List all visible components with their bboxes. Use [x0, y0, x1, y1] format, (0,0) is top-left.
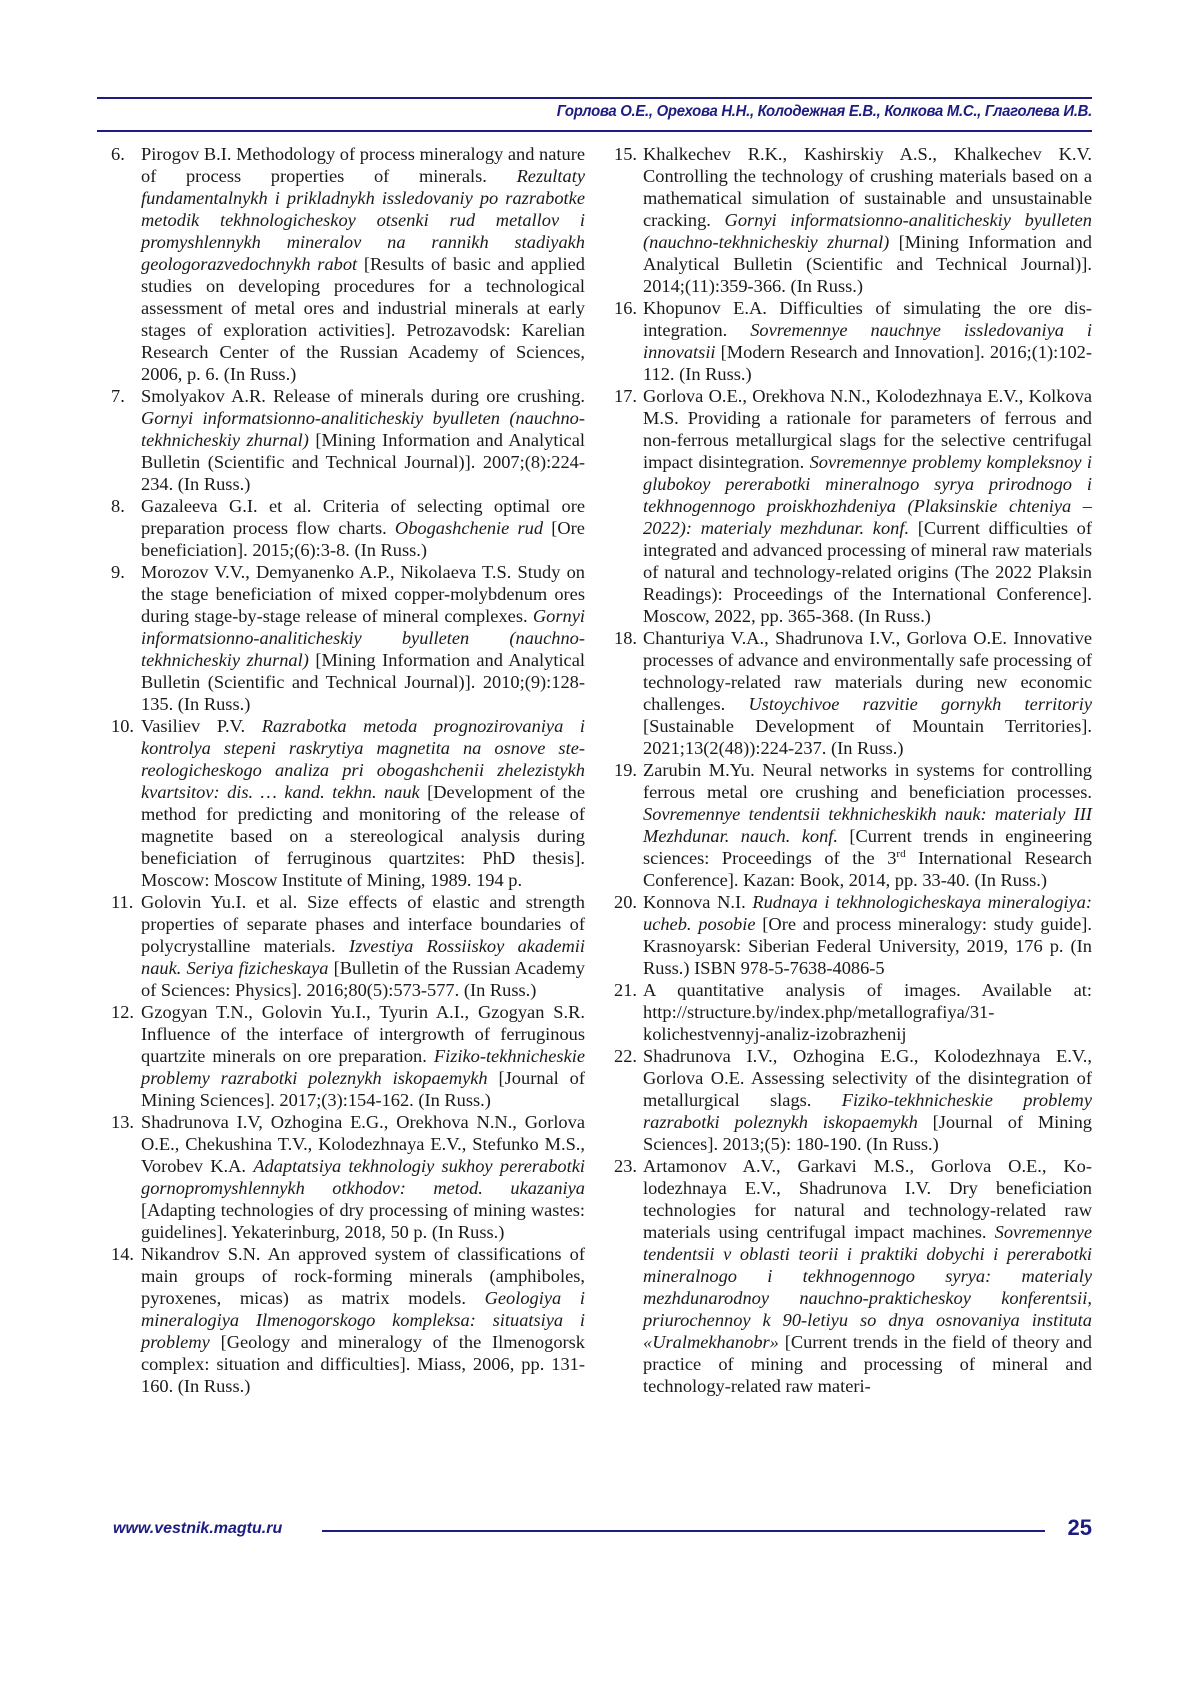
reference-segment: [Sustainable Development of Moun­tain Te…: [643, 716, 1092, 758]
reference-number: 18.: [614, 627, 643, 759]
reference-item: 18.Chanturiya V.A., Shadrunova I.V., Gor…: [614, 627, 1092, 759]
superscript: rd: [896, 848, 905, 860]
reference-number: 14.: [111, 1243, 141, 1397]
reference-number: 23.: [614, 1155, 643, 1397]
reference-text: Chanturiya V.A., Shadrunova I.V., Gorlov…: [643, 627, 1092, 759]
reference-text: Pirogov B.I. Methodology of process mine…: [141, 143, 585, 385]
reference-source-title: Ustoychivoe razvitie gornykh territoriy: [748, 694, 1092, 714]
reference-text: Nikandrov S.N. An approved system of cla…: [141, 1243, 585, 1397]
reference-item: 19.Zarubin M.Yu. Neural networks in syst…: [614, 759, 1092, 891]
reference-item: 21.A quantitative analysis of images. Av…: [614, 979, 1092, 1045]
reference-segment: [Adapting technologies of dry pro­cessin…: [141, 1200, 585, 1242]
reference-number: 6.: [111, 143, 141, 385]
reference-item: 20.Konnova N.I. Rudnaya i tekhnologiches…: [614, 891, 1092, 979]
reference-number: 9.: [111, 561, 141, 715]
reference-item: 23.Artamonov A.V., Garkavi M.S., Gorlova…: [614, 1155, 1092, 1397]
reference-segment: Vasiliev P.V.: [141, 716, 262, 736]
reference-number: 16.: [614, 297, 643, 385]
reference-number: 7.: [111, 385, 141, 495]
header-bottom-rule: [97, 130, 1092, 132]
reference-text: Smolyakov A.R. Release of minerals durin…: [141, 385, 585, 495]
reference-text: Khopunov E.A. Difficulties of simulating…: [643, 297, 1092, 385]
reference-item: 9.Morozov V.V., Demyanenko A.P., Nikolae…: [111, 561, 585, 715]
reference-text: Morozov V.V., Demyanenko A.P., Nikolaeva…: [141, 561, 585, 715]
footer-website-link[interactable]: www.vestnik.magtu.ru: [113, 1520, 282, 1538]
reference-text: Shadrunova I.V., Ozhogina E.G., Kolodezh…: [643, 1045, 1092, 1155]
reference-item: 6.Pirogov B.I. Methodology of process mi…: [111, 143, 585, 385]
reference-number: 21.: [614, 979, 643, 1045]
reference-number: 10.: [111, 715, 141, 891]
header-top-rule: [97, 97, 1092, 99]
reference-text: Gzogyan T.N., Golovin Yu.I., Tyurin A.I.…: [141, 1001, 585, 1111]
reference-text: Zarubin M.Yu. Neural networks in systems…: [643, 759, 1092, 891]
reference-text: Shadrunova I.V, Ozhogina E.G., Orekhova …: [141, 1111, 585, 1243]
reference-text: Konnova N.I. Rudnaya i tekhnologicheskay…: [643, 891, 1092, 979]
reference-segment: A quantitative analysis of images. Avail…: [643, 980, 1092, 1000]
reference-item: 16.Khopunov E.A. Difficulties of simulat…: [614, 297, 1092, 385]
reference-segment: Morozov V.V., Demyanenko A.P., Nikolaeva…: [141, 562, 585, 626]
reference-text: Artamonov A.V., Garkavi M.S., Gorlova O.…: [643, 1155, 1092, 1397]
reference-item: 22.Shadrunova I.V., Ozhogina E.G., Kolod…: [614, 1045, 1092, 1155]
reference-item: 11.Golovin Yu.I. et al. Size effects of …: [111, 891, 585, 1001]
reference-item: 10.Vasiliev P.V. Razrabotka metoda progn…: [111, 715, 585, 891]
reference-number: 11.: [111, 891, 141, 1001]
references-column-right: 15.Khalkechev R.K., Kashirskiy A.S., Kha…: [614, 143, 1092, 1397]
references-column-left: 6.Pirogov B.I. Methodology of process mi…: [111, 143, 585, 1397]
reference-item: 13.Shadrunova I.V, Ozhogina E.G., Orekho…: [111, 1111, 585, 1243]
reference-text: Vasiliev P.V. Razrabotka metoda prognozi…: [141, 715, 585, 891]
reference-number: 22.: [614, 1045, 643, 1155]
footer-rule: [322, 1530, 1045, 1532]
reference-number: 8.: [111, 495, 141, 561]
reference-number: 15.: [614, 143, 643, 297]
page-number: 25: [1058, 1515, 1092, 1541]
reference-segment: Smolyakov A.R. Release of minerals durin…: [141, 386, 585, 406]
reference-number: 20.: [614, 891, 643, 979]
reference-segment: Konnova N.I.: [643, 892, 752, 912]
reference-url[interactable]: http://structure.by/index.php/metallogra…: [643, 1002, 994, 1044]
reference-text: A quantitative analysis of images. Avail…: [643, 979, 1092, 1045]
reference-item: 8.Gazaleeva G.I. et al. Criteria of sele…: [111, 495, 585, 561]
reference-number: 19.: [614, 759, 643, 891]
reference-item: 15.Khalkechev R.K., Kashirskiy A.S., Kha…: [614, 143, 1092, 297]
reference-number: 13.: [111, 1111, 141, 1243]
reference-segment: Zarubin M.Yu. Neural networks in systems…: [643, 760, 1092, 802]
reference-text: Golovin Yu.I. et al. Size effects of ela…: [141, 891, 585, 1001]
reference-item: 12.Gzogyan T.N., Golovin Yu.I., Tyurin A…: [111, 1001, 585, 1111]
reference-item: 14. Nikandrov S.N. An approved system of…: [111, 1243, 585, 1397]
reference-item: 17.Gorlova O.E., Orekhova N.N., Kolodezh…: [614, 385, 1092, 627]
reference-text: Khalkechev R.K., Kashirskiy A.S., Khalke…: [643, 143, 1092, 297]
reference-item: 7.Smolyakov A.R. Release of minerals dur…: [111, 385, 585, 495]
reference-text: Gazaleeva G.I. et al. Criteria of select…: [141, 495, 585, 561]
running-header-authors: Горлова О.Е., Орехова Н.Н., Колодежная Е…: [167, 103, 1092, 121]
reference-text: Gorlova O.E., Orekhova N.N., Kolodezhnay…: [643, 385, 1092, 627]
reference-number: 12.: [111, 1001, 141, 1111]
reference-number: 17.: [614, 385, 643, 627]
reference-source-title: Obogashchenie rud: [395, 518, 543, 538]
